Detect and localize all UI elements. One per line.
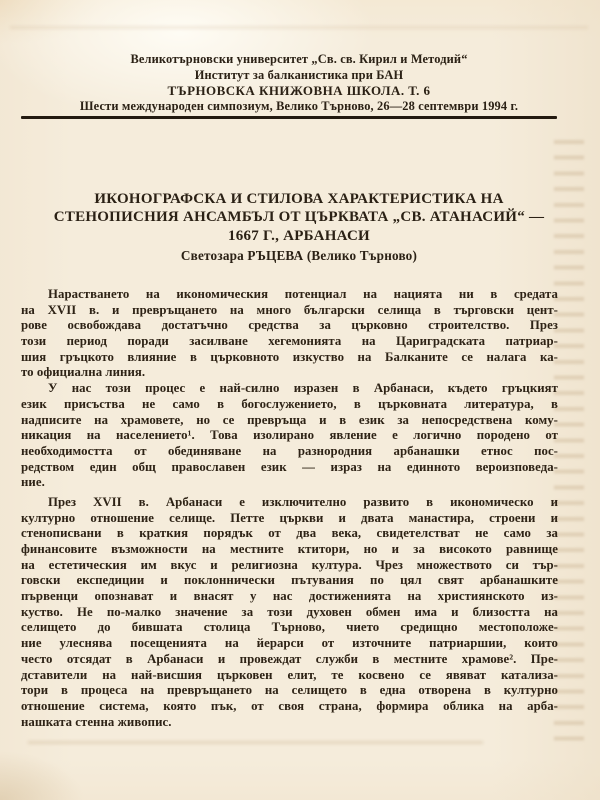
text-line: на естетическия им вкус и религиозна кул…	[21, 558, 558, 574]
text-line: ИКОНОГРАФСКА И СТИЛОВА ХАРАКТЕРИСТИКА НА	[10, 190, 588, 208]
text-line: нашката стенна живопис.	[21, 715, 558, 731]
paragraph-2: У нас този процес е най-силно изразен в …	[21, 381, 558, 491]
text-line: 1667 Г., АРБАНАСИ	[10, 227, 588, 245]
scanned-page: Великотърновски университет „Св. св. Кир…	[0, 0, 600, 800]
text-line: Шести международен симпозиум, Велико Тър…	[20, 99, 578, 115]
text-line: През XVII в. Арбанаси е изключително раз…	[21, 495, 558, 511]
text-line: рове освобождава достатъчно средства за …	[21, 318, 558, 334]
text-line: дставители на най-висшия църковен елит, …	[21, 668, 558, 684]
text-line: отношение система, която пък, от своя ст…	[21, 699, 558, 715]
paragraph-1: Нарастването на икономическия потенциал …	[21, 287, 558, 381]
text-line: на XVII в. и превръщането на много бълга…	[21, 303, 558, 319]
article-body: Нарастването на икономическия потенциал …	[21, 287, 558, 730]
header-divider-rule	[21, 116, 557, 119]
text-line: първенци опознават и внасят у нас достиж…	[21, 589, 558, 605]
text-line: културно отношение селище. Петте църкви …	[21, 511, 558, 527]
text-line: необходимостта от обединяване на разноро…	[21, 444, 558, 460]
text-line: говски експедиции и поклоннически пътува…	[21, 573, 558, 589]
author-line: Светозара РЪЦЕВА (Велико Търново)	[20, 248, 578, 264]
text-line: то официална линия.	[21, 365, 558, 381]
text-line: Нарастването на икономическия потенциал …	[21, 287, 558, 303]
text-line: този период поради засилване хегемонията…	[21, 334, 558, 350]
text-line: стенописвани в краткия порядък от два ве…	[21, 526, 558, 542]
text-line: селището до бившата столица Търново, чие…	[21, 620, 558, 636]
text-line: надписите на храмовете, но се превръща и…	[21, 413, 558, 429]
text-line: шия гръцкото влияние в църковното изкуст…	[21, 350, 558, 366]
paragraph-3: През XVII в. Арбанаси е изключително раз…	[21, 495, 558, 730]
text-line: тори в процеса на превръщането на селище…	[21, 683, 558, 699]
text-line: У нас този процес е най-силно изразен в …	[21, 381, 558, 397]
text-line: финансовите възможности на местните ктит…	[21, 542, 558, 558]
text-line: Институт за балканистика при БАН	[20, 68, 578, 84]
text-line: СТЕНОПИСНИЯ АНСАМБЪЛ ОТ ЦЪРКВАТА „СВ. АТ…	[10, 208, 588, 226]
text-line: ние улеснява посещенията на йерарси от и…	[21, 636, 558, 652]
text-line: език присъства не само в богослужението,…	[21, 397, 558, 413]
text-line: никация на населението¹. Това изолирано …	[21, 428, 558, 444]
bleed-through-line-bottom	[28, 741, 483, 744]
text-line: често отсядат в Арбанаси и провеждат слу…	[21, 652, 558, 668]
text-line: Великотърновски университет „Св. св. Кир…	[20, 52, 578, 68]
article-title: ИКОНОГРАФСКА И СТИЛОВА ХАРАКТЕРИСТИКА НА…	[10, 190, 588, 245]
bleed-through-line-top	[10, 26, 588, 29]
publication-header: Великотърновски университет „Св. св. Кир…	[20, 52, 578, 114]
text-line: ние.	[21, 475, 558, 491]
text-line: куство. Не по-малко значение за този дух…	[21, 605, 558, 621]
text-line: ТЪРНОВСКА КНИЖОВНА ШКОЛА. Т. 6	[20, 83, 578, 99]
text-line: редством един общ православен език — изр…	[21, 460, 558, 476]
